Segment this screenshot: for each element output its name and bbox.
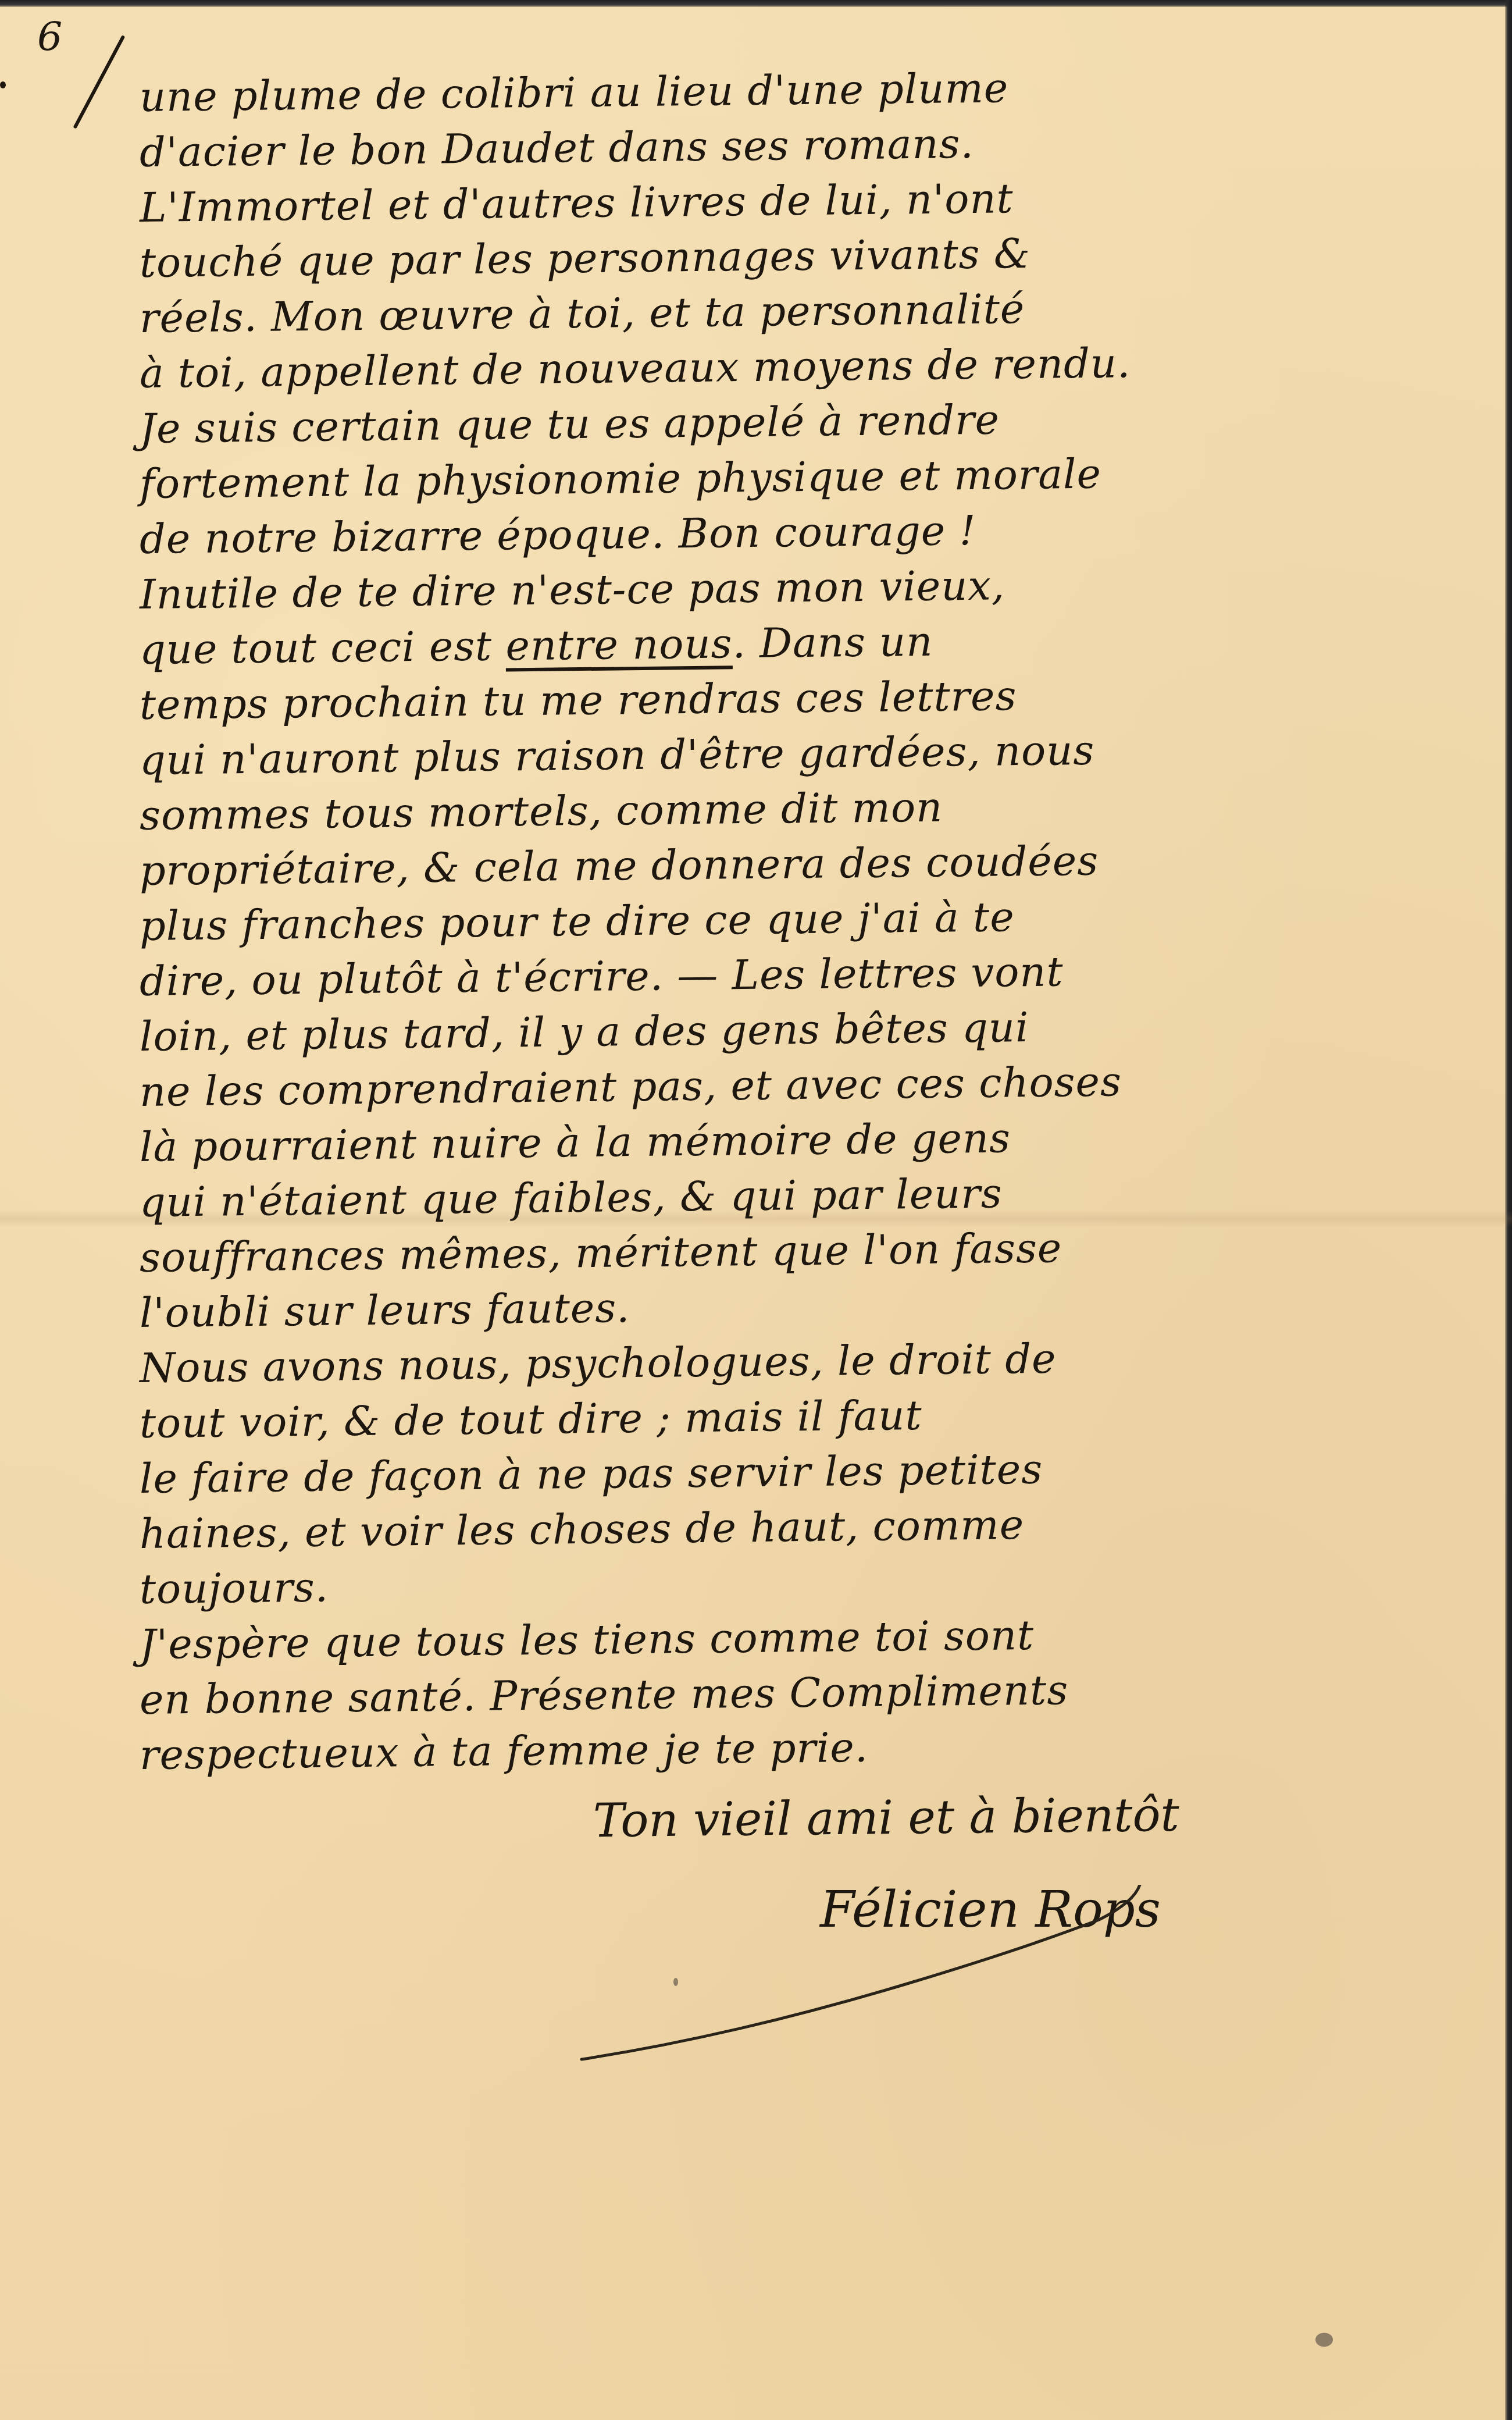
margin-ink-dot [0,81,6,88]
line-text-before: que tout ceci est [140,622,506,674]
paper-stain [673,1978,678,1986]
scan-top-border [0,0,1512,7]
letter-body: une plume de colibri au lieu d'une plume… [140,70,1489,1783]
closing-salutation: Ton vieil ami et à bientôt [593,1792,1180,1845]
page-number-slash [73,35,125,129]
line-text-after: . Dans un [732,618,933,668]
paper-stain [1315,2333,1333,2347]
underlined-phrase: entre nous [505,620,733,670]
page-number: 6 [37,17,62,57]
signature: Félicien Rops [820,1885,1161,1935]
letter-page: 6 une plume de colibri au lieu d'une plu… [0,0,1512,2420]
